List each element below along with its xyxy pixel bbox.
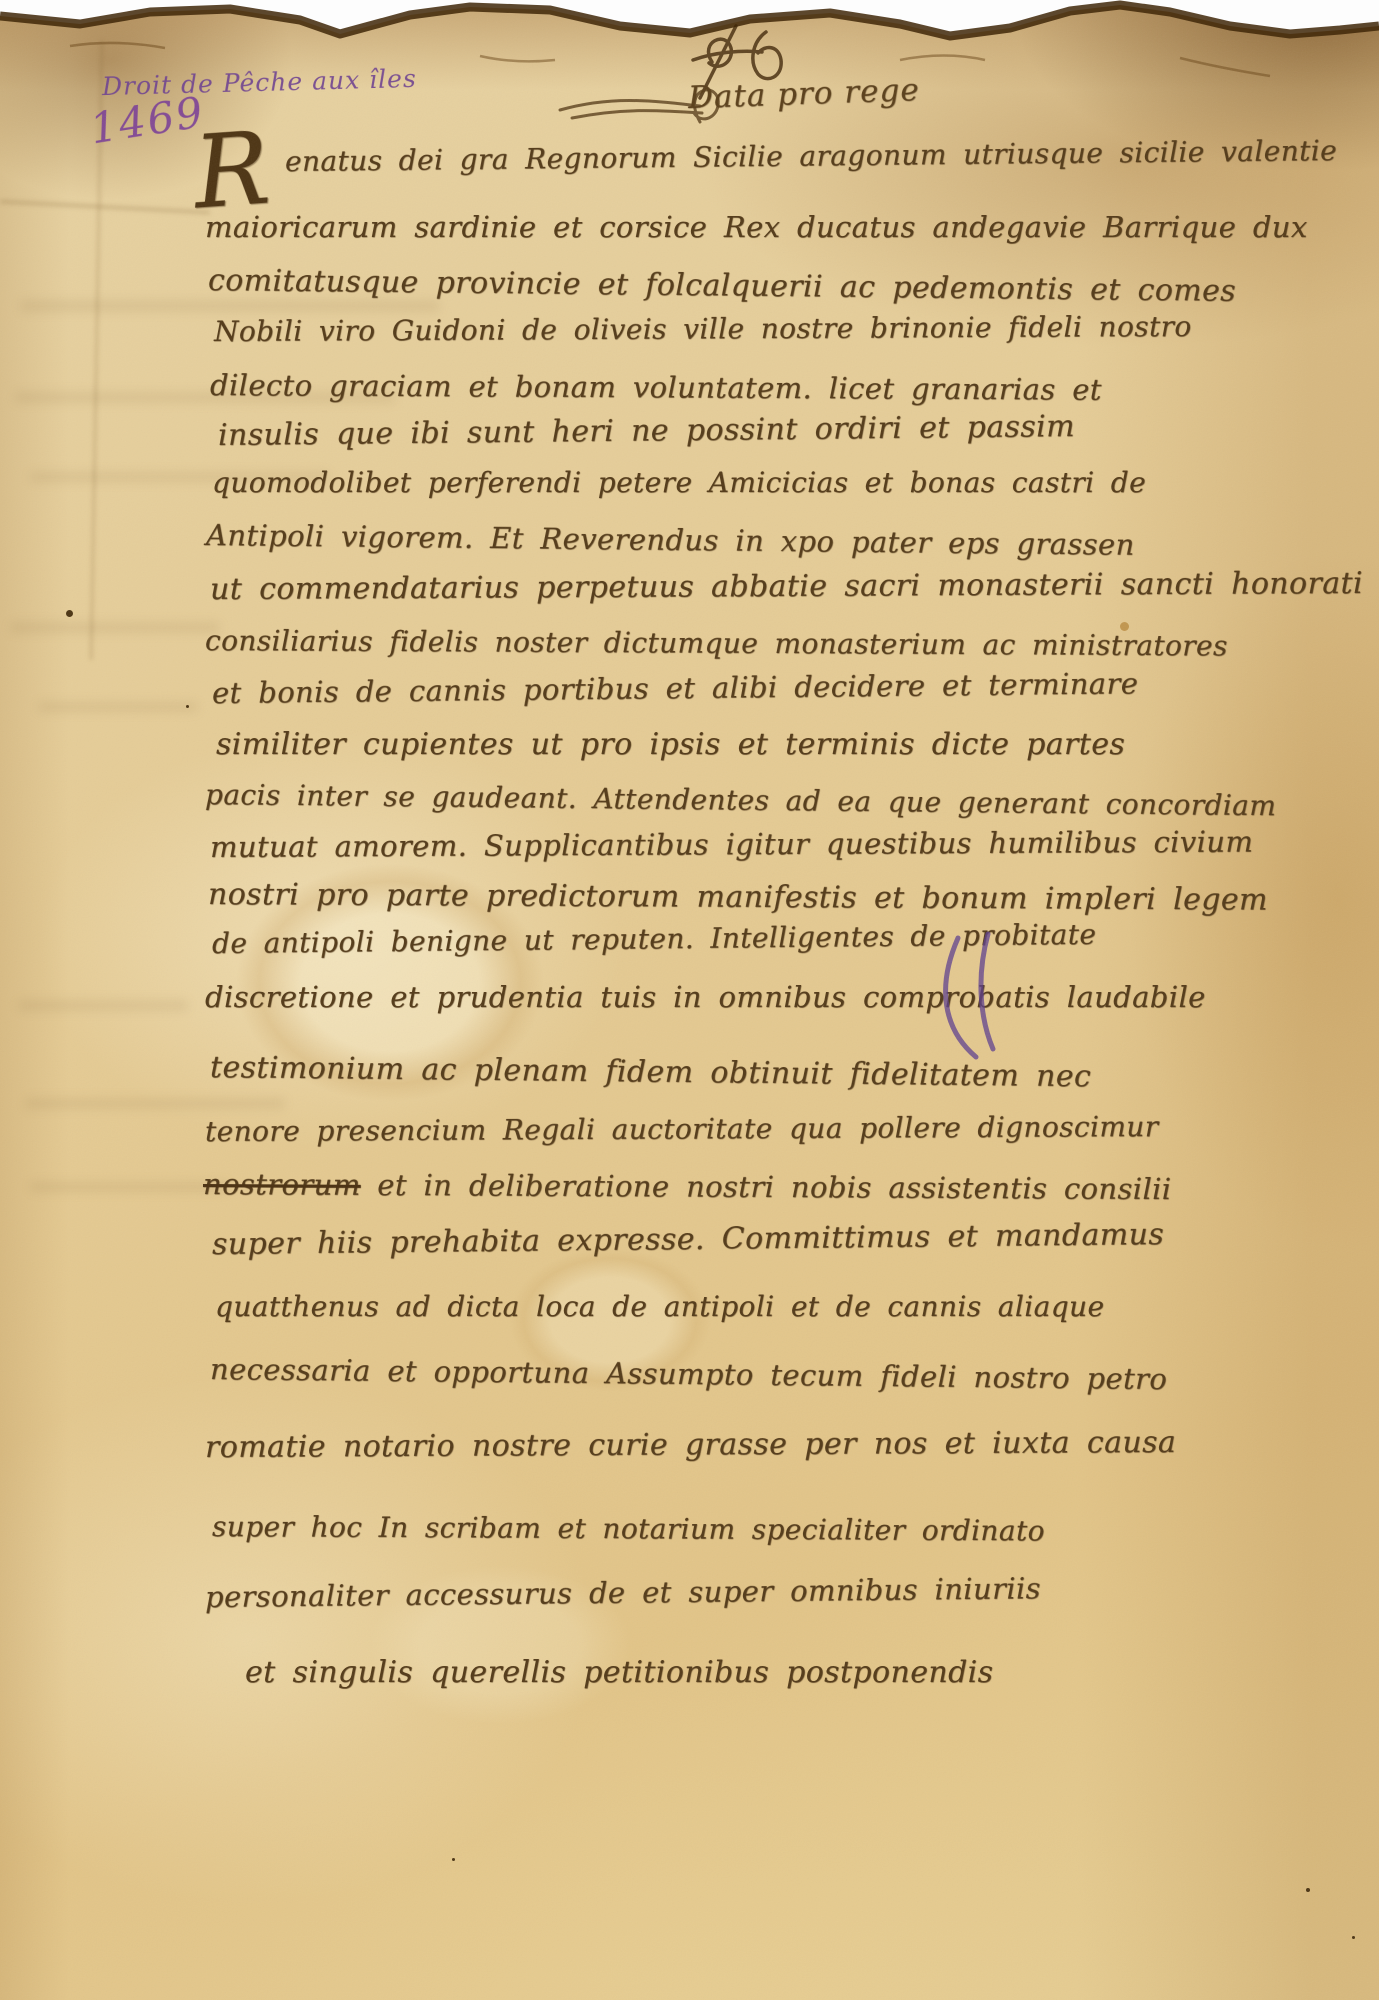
purple-bracket-mark	[0, 0, 1379, 2000]
torn-top-edge	[0, 0, 1379, 70]
scanner-background: Droit de Pêche aux îles 1469 Data pro re…	[0, 0, 1379, 2000]
